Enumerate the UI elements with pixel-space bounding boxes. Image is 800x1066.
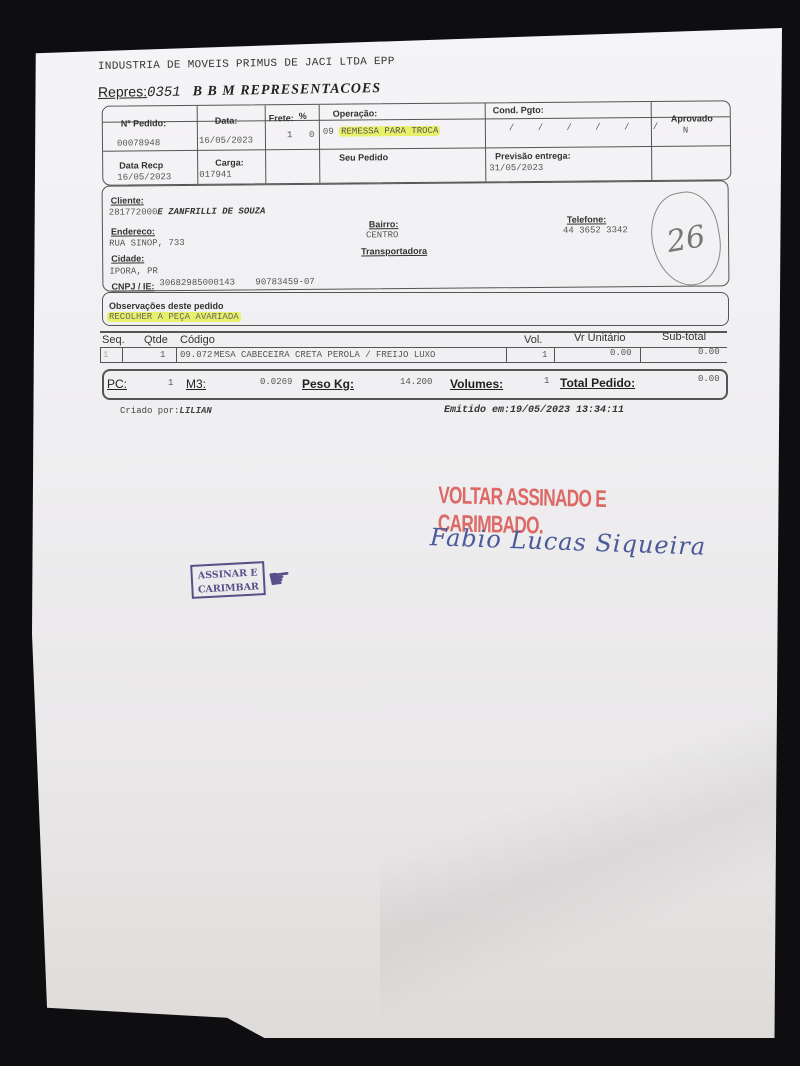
data-recp-value: 16/05/2023 bbox=[117, 172, 171, 182]
divider bbox=[176, 347, 177, 362]
operacao-text: REMESSA PARA TROCA bbox=[339, 126, 440, 137]
cnpj-value: 30682985000143 bbox=[159, 278, 235, 289]
carga-label: Carga: bbox=[215, 158, 244, 168]
repres-code: 0351 bbox=[147, 85, 181, 102]
order-info-box: Nº Pedido: 00078948 Data: 16/05/2023 Fre… bbox=[102, 100, 732, 185]
telefone-label: Telefone: bbox=[567, 214, 606, 224]
bairro-value: CENTRO bbox=[366, 230, 398, 240]
col-vol: Vol. bbox=[524, 334, 542, 346]
observations-box: Observações deste pedido RECOLHER A PEÇA… bbox=[102, 292, 729, 326]
operacao-label: Operação: bbox=[333, 108, 378, 118]
items-table: Seq. Qtde Código Vol. Vr Unitário Sub-to… bbox=[100, 331, 727, 363]
aprovado-value: N bbox=[683, 126, 688, 136]
transportadora-label: Transportadora bbox=[361, 246, 427, 257]
row-vol: 1 bbox=[542, 350, 547, 360]
volumes-value: 1 bbox=[544, 376, 549, 386]
criado-label: Criado por: bbox=[120, 406, 179, 416]
emitted-at: Emitido em:19/05/2023 13:34:11 bbox=[444, 405, 624, 416]
divider bbox=[554, 347, 555, 362]
row-seq: 1 bbox=[103, 350, 108, 360]
peso-label: Peso Kg: bbox=[302, 377, 354, 391]
numero-label: Nº Pedido: bbox=[121, 118, 166, 128]
total-value: 0.00 bbox=[698, 374, 720, 384]
pct-label: % bbox=[299, 111, 307, 121]
previsao-value: 31/05/2023 bbox=[489, 163, 543, 173]
row-subtotal: 0.00 bbox=[698, 347, 720, 357]
volumes-label: Volumes: bbox=[450, 377, 503, 391]
pct-value: 0 bbox=[309, 130, 314, 140]
cliente-code: 281772000 bbox=[109, 207, 158, 217]
col-codigo: Código bbox=[180, 334, 215, 346]
cidade-label: Cidade: bbox=[111, 253, 144, 263]
cnpj-label: CNPJ / IE: bbox=[111, 281, 154, 291]
endereco-label: Endereco: bbox=[111, 226, 155, 236]
pointing-hand-icon: ☛ bbox=[266, 562, 293, 596]
cidade-value: IPORA, PR bbox=[109, 266, 158, 276]
divider bbox=[100, 331, 727, 333]
divider bbox=[265, 105, 267, 183]
previsao-label: Previsão entrega: bbox=[495, 151, 571, 162]
col-seq: Seq. bbox=[102, 334, 125, 346]
col-vr-unit: Vr Unitário bbox=[574, 332, 626, 344]
operacao-value: 09 REMESSA PARA TROCA bbox=[323, 126, 441, 137]
divider bbox=[319, 105, 321, 183]
peso-value: 14.200 bbox=[400, 377, 432, 387]
bairro-label: Bairro: bbox=[369, 219, 399, 229]
emitido-value: 19/05/2023 13:34:11 bbox=[510, 405, 624, 416]
cond-value: / / / / / / bbox=[509, 122, 668, 133]
row-codigo: 09.072 bbox=[180, 350, 212, 360]
row-descricao: MESA CABECEIRA CRETA PEROLA / FREIJO LUX… bbox=[214, 350, 435, 360]
observations-text: RECOLHER A PEÇA AVARIADA bbox=[107, 312, 241, 322]
divider bbox=[122, 347, 123, 362]
cliente-name: E ZANFRILLI DE SOUZA bbox=[157, 206, 265, 217]
col-subtotal: Sub-total bbox=[662, 331, 706, 343]
frete-label: Frete: bbox=[269, 113, 294, 123]
operacao-code: 09 bbox=[323, 127, 334, 137]
repres-name: B B M REPRESENTACOES bbox=[193, 81, 382, 99]
m3-value: 0.0269 bbox=[260, 377, 292, 387]
emitido-label: Emitido em: bbox=[444, 405, 510, 416]
divider bbox=[100, 347, 101, 362]
endereco-value: RUA SINOP, 733 bbox=[109, 238, 185, 249]
cliente-value: 281772000E ZANFRILLI DE SOUZA bbox=[109, 206, 266, 217]
seu-pedido-label: Seu Pedido bbox=[339, 152, 388, 162]
ie-value: 90783459-07 bbox=[255, 277, 315, 288]
frete-value: 1 bbox=[287, 130, 292, 140]
divider bbox=[100, 362, 727, 363]
divider bbox=[506, 347, 507, 362]
total-label: Total Pedido: bbox=[560, 376, 635, 390]
created-by: Criado por:LILIAN bbox=[120, 406, 212, 416]
m3-label: M3: bbox=[186, 377, 206, 391]
stamp-line-2: CARIMBAR bbox=[193, 580, 264, 598]
col-qtde: Qtde bbox=[144, 334, 168, 346]
numero-value: 00078948 bbox=[117, 138, 160, 148]
divider bbox=[651, 102, 653, 180]
cliente-label: Cliente: bbox=[111, 195, 144, 205]
data-label: Data: bbox=[215, 116, 238, 126]
cond-label: Cond. Pgto: bbox=[493, 105, 544, 115]
pc-label: PC: bbox=[107, 377, 127, 391]
telefone-value: 44 3652 3342 bbox=[563, 225, 628, 236]
totals-box: PC: 1 M3: 0.0269 Peso Kg: 14.200 Volumes… bbox=[102, 369, 728, 400]
row-qtde: 1 bbox=[160, 350, 165, 360]
observations-label: Observações deste pedido bbox=[109, 301, 224, 311]
divider bbox=[640, 347, 641, 362]
divider bbox=[485, 103, 487, 181]
divider bbox=[100, 347, 727, 348]
sign-and-stamp-stamp: ASSINAR E CARIMBAR bbox=[190, 561, 266, 599]
data-value: 16/05/2023 bbox=[199, 135, 253, 145]
aprovado-label: Aprovado bbox=[671, 113, 713, 123]
pc-value: 1 bbox=[168, 378, 173, 388]
row-vr-unit: 0.00 bbox=[610, 348, 632, 358]
criado-value: LILIAN bbox=[179, 406, 211, 416]
repres-label: Repres: bbox=[98, 83, 147, 100]
client-info-box: Cliente: 281772000E ZANFRILLI DE SOUZA E… bbox=[102, 180, 730, 291]
data-recp-label: Data Recp bbox=[119, 160, 163, 170]
carga-value: 017941 bbox=[199, 170, 231, 180]
